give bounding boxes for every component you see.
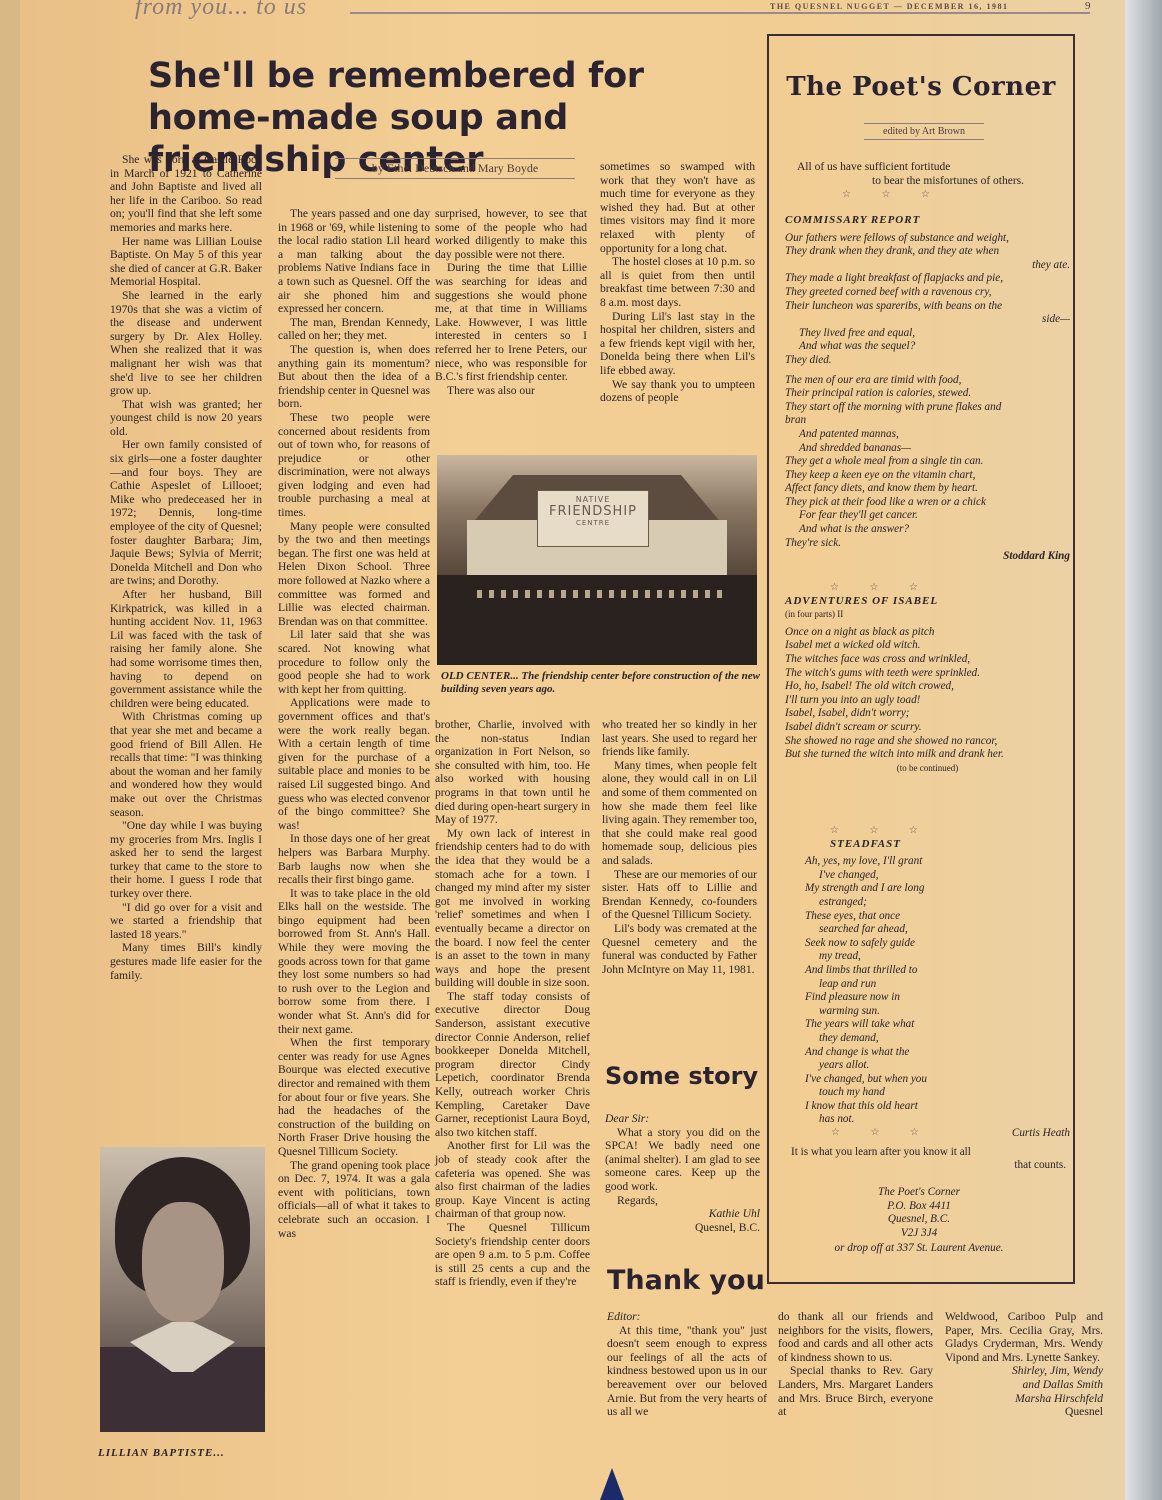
poem-author: Stoddard King — [785, 550, 1070, 564]
newspaper-page: from you... to us THE QUESNEL NUGGET — D… — [20, 0, 1125, 1500]
poem-line: Their luncheon was spareribs, with beans… — [785, 300, 1070, 314]
centre-sign: NATIVE FRIENDSHIP CENTRE — [537, 490, 649, 547]
byline-text: by Ethel Deutsch and Mary Boyde — [335, 161, 575, 176]
poem-line: estranged; — [805, 896, 1070, 910]
poem-line: My strength and I are long — [805, 882, 1070, 896]
poem-steadfast: ☆ ☆ ☆ STEADFAST Ah, yes, my love, I'll g… — [805, 824, 1070, 1141]
poem-note: (to be continued) — [785, 762, 1070, 776]
paragraph: The staff today consists of executive di… — [435, 990, 590, 1140]
poem-line: They keep a keen eye on the vitamin char… — [785, 469, 1070, 483]
poem-line: They lived free and equal, — [785, 327, 1070, 341]
paragraph: Many times, when people felt alone, they… — [602, 759, 757, 868]
poem-line: leap and run — [805, 978, 1070, 992]
star-divider-icon: ☆ ☆ ☆ — [797, 188, 1067, 202]
address-line: The Poet's Corner — [769, 1186, 1069, 1200]
paragraph: After her husband, Bill Kirkpatrick, was… — [110, 588, 262, 710]
sign-line-1: NATIVE — [538, 495, 648, 504]
poem-line: I know that this old heart — [805, 1100, 1070, 1114]
poem-line: They start off the morning with prune fl… — [785, 401, 1070, 415]
paragraph: brother, Charlie, involved with the non-… — [435, 718, 590, 827]
editor-rule-bottom — [864, 139, 984, 140]
poem-line: They drank when they drank, and they ate… — [785, 245, 1070, 259]
signature-line: Shirley, Jim, Wendy — [945, 1364, 1103, 1378]
paragraph: The hostel closes at 10 p.m. so all is q… — [600, 255, 755, 309]
epigram-line: that counts. — [791, 1159, 1066, 1173]
photo-caption: OLD CENTER... The friendship center befo… — [441, 670, 761, 696]
poem-line: And what is the answer? — [785, 523, 1070, 537]
editor-rule-top — [864, 123, 984, 124]
paragraph: She was born at Castle Rock in March of … — [110, 153, 262, 235]
portrait-face — [142, 1202, 224, 1322]
paragraph: The grand opening took place on Dec. 7, … — [278, 1159, 430, 1241]
poem-line: They greeted corned beef with a ravenous… — [785, 286, 1070, 300]
poem-title: COMMISSARY REPORT — [785, 214, 1070, 228]
epigram-line: All of us have sufficient fortitude — [797, 161, 1067, 175]
letter-salutation: Editor: — [607, 1310, 767, 1324]
paragraph: "One day while I was buying my groceries… — [110, 819, 262, 901]
paragraph: Many people were consulted by the two an… — [278, 520, 430, 629]
poem-title: STEADFAST — [805, 838, 1070, 852]
poets-corner-box: The Poet's Corner edited by Art Brown Al… — [767, 34, 1075, 1284]
poem-commissary-report: COMMISSARY REPORT Our fathers were fello… — [785, 214, 1070, 564]
poem-line: Ho, ho, Isabel! The old witch crowed, — [785, 680, 1070, 694]
poem-line: And shredded bananas— — [785, 442, 1070, 456]
paragraph: With Christmas coming up that year she m… — [110, 710, 262, 819]
poem-line: For fear they'll get cancer. — [785, 509, 1070, 523]
address-line: P.O. Box 4411 — [769, 1200, 1069, 1214]
poem-line: Ah, yes, my love, I'll grant — [805, 855, 1070, 869]
paragraph: The question is, when does anything gain… — [278, 343, 430, 411]
letter-headline-thank-you: Thank you — [607, 1265, 765, 1296]
paragraph: These are our memories of our sister. Ha… — [602, 868, 757, 922]
byline: by Ethel Deutsch and Mary Boyde — [335, 156, 575, 181]
poem-line: And patented mannas, — [785, 428, 1070, 442]
paragraph: That wish was granted; her youngest chil… — [110, 398, 262, 439]
letter-signature: Kathie Uhl — [605, 1207, 760, 1221]
poem-adventures-of-isabel: ☆ ☆ ☆ ADVENTURES OF ISABEL (in four part… — [785, 581, 1070, 775]
epigram: All of us have sufficient fortitude to b… — [797, 161, 1067, 202]
poem-title: ADVENTURES OF ISABEL — [785, 595, 1070, 609]
poem-line: These eyes, that once — [805, 910, 1070, 924]
paragraph: The Quesnel Tillicum Society's friendshi… — [435, 1221, 590, 1289]
section-folio: from you... to us — [135, 0, 307, 21]
address-line: Quesnel, B.C. — [769, 1213, 1069, 1227]
paragraph: In those days one of her great helpers w… — [278, 832, 430, 886]
poets-corner-editor: edited by Art Brown — [864, 121, 984, 142]
poem-line: They made a light breakfast of flapjacks… — [785, 272, 1070, 286]
letter-location: Quesnel, B.C. — [605, 1221, 760, 1235]
paragraph: Lil's body was cremated at the Quesnel c… — [602, 922, 757, 976]
paragraph: She learned in the early 1970s that she … — [110, 289, 262, 398]
letter-body: What a story you did on the SPCA! We bad… — [605, 1126, 760, 1194]
poem-line: my tread, — [805, 950, 1070, 964]
poem-line: warming sun. — [805, 1005, 1070, 1019]
poem-line: I've changed, — [805, 869, 1070, 883]
star-divider-icon: ☆ ☆ ☆ — [805, 824, 1070, 838]
paragraph: Lil later said that she was scared. Not … — [278, 628, 430, 696]
article-column-3-top: surprised, however, to see that some of … — [435, 207, 587, 397]
paragraph: At this time, "thank you" just doesn't s… — [607, 1324, 767, 1419]
paragraph: The man, Brendan Kennedy, called on her;… — [278, 316, 430, 343]
paragraph: Many times Bill's kindly gestures made l… — [110, 941, 262, 982]
poem-line: And change is what the — [805, 1046, 1070, 1060]
poem-line: they ate. — [785, 259, 1070, 273]
poem-line: Isabel didn't scream or scurry. — [785, 721, 1070, 735]
poem-line: The witches face was cross and wrinkled, — [785, 653, 1070, 667]
folio-rule — [350, 12, 1090, 14]
paragraph: These two people were concerned about re… — [278, 411, 430, 520]
poem-subtitle: (in four parts) II — [785, 608, 1070, 622]
poets-corner-title: The Poet's Corner — [769, 72, 1073, 102]
poem-line: Their principal ration is calories, stew… — [785, 387, 1070, 401]
paragraph: There was also our — [435, 384, 587, 398]
poem-line: Isabel met a wicked old witch. — [785, 639, 1070, 653]
poem-line: The witch's gums with teeth were sprinkl… — [785, 667, 1070, 681]
letter-closing: Regards, — [605, 1194, 760, 1208]
paragraph: sometimes so swamped with work that they… — [600, 160, 755, 255]
article-column-4-bottom: who treated her so kindly in her last ye… — [602, 718, 757, 976]
house-fence — [477, 590, 727, 598]
article-column-2: The years passed and one day in 1968 or … — [278, 207, 430, 1240]
paragraph: Special thanks to Rev. Gary Landers, Mrs… — [778, 1364, 933, 1418]
paragraph: It was to take place in the old Elks hal… — [278, 887, 430, 1037]
paragraph: When the first temporary center was read… — [278, 1036, 430, 1158]
poem-line: bran — [785, 414, 1070, 428]
friendship-centre-photo: NATIVE FRIENDSHIP CENTRE — [437, 455, 757, 665]
portrait-caption: LILLIAN BAPTISTE... — [98, 1447, 268, 1460]
poem-line: They're sick. — [785, 537, 1070, 551]
poem-line: She showed no rage and she showed no ran… — [785, 735, 1070, 749]
paragraph: During Lil's last stay in the hospital h… — [600, 310, 755, 378]
epigram-line: to bear the misfortunes of others. — [797, 175, 1067, 189]
thank-you-column-3: Weldwood, Cariboo Pulp and Paper, Mrs. C… — [945, 1310, 1103, 1419]
poem-line: I'll turn you into an ugly toad! — [785, 694, 1070, 708]
poem-line: But she turned the witch into milk and d… — [785, 748, 1070, 762]
paragraph: The years passed and one day in 1968 or … — [278, 207, 430, 316]
poem-line: side— — [785, 313, 1070, 327]
sign-line-2: FRIENDSHIP — [538, 504, 648, 519]
poem-line: Affect fancy diets, and know them by hea… — [785, 482, 1070, 496]
blue-tab-mark — [600, 1468, 624, 1500]
sign-line-3: CENTRE — [538, 519, 648, 527]
poem-line: Isabel, Isabel, didn't worry; — [785, 707, 1070, 721]
address-line: V2J 3J4 — [769, 1227, 1069, 1241]
poem-line: Find pleasure now in — [805, 991, 1070, 1005]
letter-salutation: Dear Sir: — [605, 1112, 760, 1126]
signature-line: Marsha Hirschfeld — [945, 1392, 1103, 1406]
paragraph: Applications were made to government off… — [278, 696, 430, 832]
poem-line: The years will take what — [805, 1018, 1070, 1032]
dateline: THE QUESNEL NUGGET — DECEMBER 16, 1981 — [770, 2, 1008, 11]
editor-text: edited by Art Brown — [864, 126, 984, 137]
letter-location: Quesnel — [945, 1405, 1103, 1419]
poem-line: The men of our era are timid with food, — [785, 374, 1070, 388]
paragraph: During the time that Lillie was searchin… — [435, 261, 587, 383]
thank-you-column-2: do thank all our friends and neighbors f… — [778, 1310, 933, 1419]
letter-headline-some-story: Some story — [605, 1062, 758, 1090]
paragraph: Weldwood, Cariboo Pulp and Paper, Mrs. C… — [945, 1310, 1103, 1364]
paragraph: We say thank you to umpteen dozens of pe… — [600, 378, 755, 405]
binder-edge-left — [0, 0, 20, 1500]
portrait-photo — [100, 1147, 265, 1432]
paragraph: who treated her so kindly in her last ye… — [602, 718, 757, 759]
poem-line: I've changed, but when you — [805, 1073, 1070, 1087]
page-number: 9 — [1085, 0, 1091, 12]
byline-rule-bottom — [335, 178, 575, 179]
article-column-4-top: sometimes so swamped with work that they… — [600, 160, 755, 405]
poem-line: They get a whole meal from a single tin … — [785, 455, 1070, 469]
poem-line: Our fathers were fellows of substance an… — [785, 232, 1070, 246]
poem-line: They pick at their food like a wren or a… — [785, 496, 1070, 510]
paragraph: Her name was Lillian Louise Baptiste. On… — [110, 235, 262, 289]
poem-line: They died. — [785, 354, 1070, 368]
signature-line: and Dallas Smith — [945, 1378, 1103, 1392]
poem-line: searched far ahead, — [805, 923, 1070, 937]
paragraph: "I did go over for a visit and we starte… — [110, 901, 262, 942]
binder-edge-right — [1125, 0, 1162, 1500]
poets-corner-address: The Poet's Corner P.O. Box 4411 Quesnel,… — [769, 1186, 1069, 1256]
poem-line: And what was the sequel? — [785, 340, 1070, 354]
article-column-3-bottom: brother, Charlie, involved with the non-… — [435, 718, 590, 1289]
poem-line: years allot. — [805, 1059, 1070, 1073]
poem-line: And limbs that thrilled to — [805, 964, 1070, 978]
letter-some-story: Dear Sir: What a story you did on the SP… — [605, 1112, 760, 1234]
star-divider-icon: ☆ ☆ ☆ — [785, 581, 1070, 595]
closing-epigram: ☆ ☆ ☆ It is what you learn after you kno… — [791, 1126, 1066, 1173]
star-divider-icon: ☆ ☆ ☆ — [791, 1126, 1066, 1140]
paragraph: Her own family consisted of six girls—on… — [110, 438, 262, 588]
address-line: or drop off at 337 St. Laurent Avenue. — [769, 1242, 1069, 1256]
epigram-line: It is what you learn after you know it a… — [791, 1146, 1066, 1160]
poem-line: touch my hand — [805, 1086, 1070, 1100]
paragraph: Another first for Lil was the job of ste… — [435, 1139, 590, 1221]
poem-line: they demand, — [805, 1032, 1070, 1046]
article-column-1: She was born at Castle Rock in March of … — [110, 153, 262, 982]
paragraph: do thank all our friends and neighbors f… — [778, 1310, 933, 1364]
byline-rule-top — [335, 158, 575, 159]
house-bushes — [437, 575, 757, 665]
poem-line: Once on a night as black as pitch — [785, 626, 1070, 640]
paragraph: My own lack of interest in friendship ce… — [435, 827, 590, 990]
thank-you-column-1: Editor: At this time, "thank you" just d… — [607, 1310, 767, 1419]
paragraph: surprised, however, to see that some of … — [435, 207, 587, 261]
poem-line: Seek now to safely guide — [805, 937, 1070, 951]
